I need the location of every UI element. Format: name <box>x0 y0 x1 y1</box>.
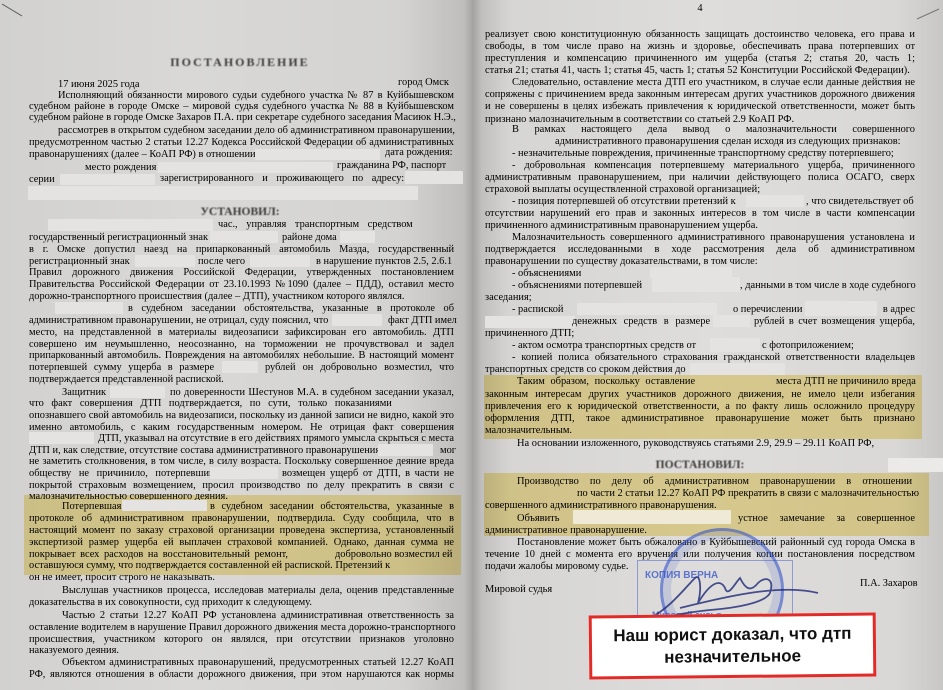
caption-line-1: Наш юрист доказал, что дтп <box>613 623 851 647</box>
text-line: место рождения <box>85 162 156 174</box>
text-line: преступления и компенсацию причиненного … <box>485 53 915 65</box>
book-gutter <box>464 0 482 690</box>
text-line: Объявить <box>517 513 559 525</box>
text-line: в судебном заседании обстоятельства, ука… <box>210 501 454 513</box>
text-line: в судебном заседании обстоятельства, ука… <box>128 303 454 315</box>
page-number: 4 <box>690 3 710 15</box>
text-line: рассмотрев в открытом судебном заседании… <box>58 125 454 137</box>
text-line: серии <box>29 174 55 186</box>
caption-overlay: Наш юрист доказал, что дтп незначительно… <box>589 612 877 679</box>
document-title: ПОСТАНОВЛЕНИЕ <box>130 55 350 70</box>
text-line: рублей в счет возмещения ущерба, <box>754 316 915 328</box>
text-line: сопряжены с причинением вреда законным и… <box>485 89 915 101</box>
text-line: - незначительные повреждения, причиненны… <box>512 148 894 160</box>
text-line: законным интересам других участников дор… <box>485 389 915 401</box>
text-line: , данными в том числе в ходе судебного <box>740 280 915 292</box>
redaction <box>122 500 207 511</box>
signature-name: П.А. Захаров <box>860 578 918 590</box>
text-line: государственный регистрационный знак <box>29 232 208 244</box>
redaction <box>222 361 258 373</box>
text-line: страховой выплаты осуществленной страхов… <box>485 184 760 196</box>
text-line: - добровольная компенсация потерпевшему … <box>512 160 915 172</box>
text-line: малозначительным. <box>485 425 572 437</box>
redaction <box>690 363 785 375</box>
text-line: - распиской <box>512 304 564 316</box>
text-line: настоящий момент по заказу страховой орг… <box>29 525 454 537</box>
redaction <box>405 171 463 184</box>
text-line: На основании изложенного, руководствуясь… <box>517 438 874 450</box>
text-line: дата рождения: <box>385 147 453 159</box>
redaction <box>710 338 760 352</box>
redaction <box>805 301 877 316</box>
text-line: потерпевшей сумму ущерба в размере <box>29 362 214 374</box>
redaction <box>577 303 717 315</box>
text-line: транспортных средств со сроком действия … <box>485 364 686 376</box>
text-line: административного правонарушения сделан … <box>555 136 901 148</box>
redaction <box>135 255 195 267</box>
redaction <box>29 432 94 444</box>
redaction <box>746 195 804 207</box>
text-line: оформления ДТП, такое административное п… <box>485 413 915 425</box>
text-line: Объектом административных правонарушений… <box>62 657 454 669</box>
text-line: привлечения его к юридической ответствен… <box>485 401 915 413</box>
text-line: Малозначительность совершенного админист… <box>512 232 915 244</box>
text-line: Выслушав участников процесса, исследовав… <box>62 585 454 597</box>
section-heading-established: УСТАНОВИЛ: <box>180 206 300 218</box>
text-line: Производство по делу об административном… <box>517 476 912 488</box>
text-line: Следовательно, оставление места ДТП его … <box>512 77 915 89</box>
redaction <box>210 467 278 479</box>
text-line: опознавшего свой автомобиль на видеозапи… <box>29 410 454 422</box>
text-line: , что свидетельствует об <box>806 196 914 208</box>
text-line: оставшуюся сумму, что подтверждается сос… <box>29 560 390 572</box>
redaction <box>332 314 382 326</box>
text-line: по части 2 статьи 12.27 КоАП РФ прекрати… <box>577 488 915 500</box>
text-line: Частью 2 статьи 12.27 КоАП РФ установлен… <box>62 610 454 622</box>
text-line: судебном районе в городе Омске Захаров П… <box>29 112 454 124</box>
redaction <box>48 219 213 231</box>
pen-mark-icon <box>915 5 943 25</box>
pen-mark-icon <box>0 0 30 25</box>
text-line: - актом осмотра транспортных средств от <box>512 340 696 352</box>
text-line: - позиция потерпевшей об отсутствии прет… <box>512 196 736 208</box>
redaction <box>60 174 155 185</box>
document-city: город Омск <box>398 77 449 89</box>
text-line: доказательства в их совокупности, суд пр… <box>29 597 312 609</box>
text-line: час., управляя транспортным средством <box>218 219 413 231</box>
redaction <box>255 149 380 160</box>
text-line: административное правонарушение. <box>485 525 647 537</box>
text-line: подтверждается исследованными в ходе рас… <box>485 244 915 256</box>
text-line: отсутствии нарушений его прав и законных… <box>485 208 915 220</box>
text-line: Потерпевшая <box>62 501 121 513</box>
redaction <box>485 316 575 328</box>
text-line: Правил дорожного движения Российской Фед… <box>29 267 454 279</box>
text-line: устное замечание за совершенное <box>738 513 915 525</box>
text-line: причиненного административным правонаруш… <box>485 220 758 232</box>
text-line: место, на представленной в материалы вид… <box>29 327 454 339</box>
text-line: административном правонарушении, не отри… <box>29 315 328 327</box>
text-line: реализует свою конституционную обязаннос… <box>485 29 915 41</box>
text-line: и не совершены в целях избежать привлече… <box>485 101 915 113</box>
text-line: районе дома <box>282 232 337 244</box>
text-line: рублей он добровольно возместил, что <box>265 362 454 374</box>
redaction <box>210 231 278 243</box>
text-line: экспертизой размер ущерба ей выплачен ст… <box>29 537 454 549</box>
redaction <box>340 231 375 243</box>
text-line: в адрес <box>880 304 915 316</box>
redaction <box>250 255 310 267</box>
text-line: протоколе об административном правонаруш… <box>29 513 454 525</box>
redaction <box>652 277 740 292</box>
signature-role: Мировой судья <box>485 584 552 596</box>
text-line: административным правонарушением, при на… <box>485 172 915 184</box>
text-line: наказуемого деяния. <box>29 645 119 657</box>
text-line: В рамках настоящего дела вывод о малозна… <box>512 124 915 136</box>
redaction <box>110 386 165 398</box>
text-line: возмещен ущерб от ДТП, в части не <box>282 468 454 480</box>
redaction <box>158 162 333 173</box>
text-line: - объяснениями потерпевшей <box>512 280 642 292</box>
text-line: обществу не причинило, потерпевший <box>29 468 215 480</box>
text-line: оставление водителем в нарушение Правил … <box>29 622 454 634</box>
text-line: свободы, в том числе право на жизнь и зд… <box>485 41 915 53</box>
redaction <box>378 444 433 456</box>
text-line: статья 21; статья 41, часть 1; статья 45… <box>485 65 910 77</box>
text-line: РФ, являются отношения в области дорожно… <box>29 669 454 681</box>
redaction <box>55 302 123 314</box>
redaction <box>28 186 418 200</box>
text-line: факт ДТП имел <box>388 315 457 327</box>
redaction <box>888 458 943 472</box>
text-line: денежных средств в размере <box>572 316 710 328</box>
text-line: он не имеет, просит строго не наказывать… <box>29 572 215 584</box>
text-line: Правительства Российской Федерации от 23… <box>29 279 454 291</box>
text-line: зарегистрированного и проживающего по ад… <box>160 173 404 185</box>
text-line: с фотоприложением; <box>762 340 854 352</box>
text-line: правонарушениях (далее – КоАП РФ) в отно… <box>29 149 256 161</box>
text-line: в г. Омске допустил наезд на припаркован… <box>29 244 454 256</box>
text-line: подачи жалобы мировому судье. <box>485 561 628 573</box>
text-line: Таким образом, поскольку оставление <box>517 376 695 388</box>
section-heading-ruled: ПОСТАНОВИЛ: <box>640 459 760 471</box>
redaction <box>713 315 750 327</box>
redaction <box>573 510 731 524</box>
text-line: причиненного ДТП; <box>485 328 574 340</box>
text-line: заседания; <box>485 292 532 304</box>
text-line: места ДТП не причинило вреда <box>776 376 915 388</box>
text-line: - объяснениями <box>512 268 581 280</box>
caption-line-2: незначительное <box>613 645 851 669</box>
text-line: что факт совершения ДТП подтверждается, … <box>29 398 392 410</box>
text-line: подтверждается представленной распиской. <box>29 374 224 386</box>
